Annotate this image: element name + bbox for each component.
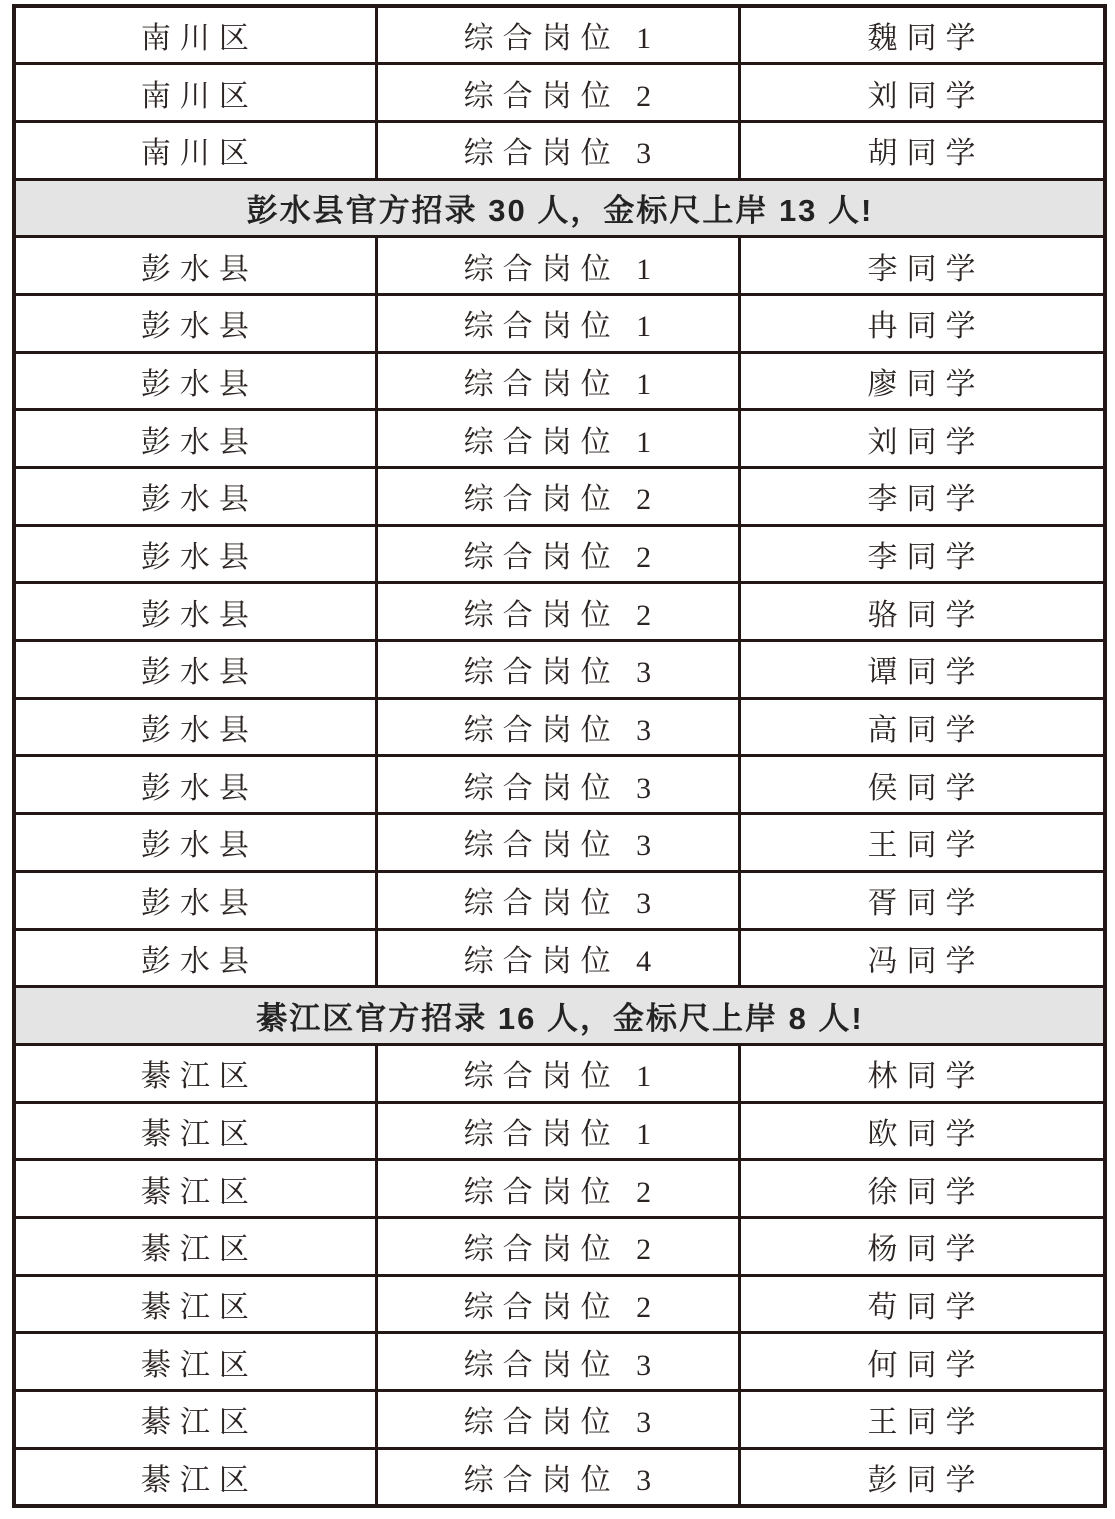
- section-header-row: 彭水县官方招录 30 人，金标尺上岸 13 人!: [14, 179, 1105, 237]
- student-cell: 何同学: [740, 1333, 1106, 1391]
- position-cell: 综合岗位 3: [376, 698, 739, 756]
- table-row: 彭水县 综合岗位 4 冯同学: [14, 929, 1105, 987]
- position-cell: 综合岗位 1: [376, 1102, 739, 1160]
- position-cell: 综合岗位 2: [376, 583, 739, 641]
- position-cell: 综合岗位 1: [376, 294, 739, 352]
- position-cell: 综合岗位 2: [376, 64, 739, 122]
- position-cell: 综合岗位 1: [376, 237, 739, 295]
- table-row: 彭水县 综合岗位 1 刘同学: [14, 410, 1105, 468]
- table-row: 綦江区 综合岗位 1 林同学: [14, 1044, 1105, 1102]
- position-cell: 综合岗位 3: [376, 1391, 739, 1449]
- district-cell: 彭水县: [14, 698, 376, 756]
- district-cell: 綦江区: [14, 1160, 376, 1218]
- student-cell: 骆同学: [740, 583, 1106, 641]
- table-row: 彭水县 综合岗位 2 李同学: [14, 468, 1105, 526]
- district-cell: 綦江区: [14, 1275, 376, 1333]
- district-cell: 綦江区: [14, 1044, 376, 1102]
- results-table-body: 南川区 综合岗位 1 魏同学 南川区 综合岗位 2 刘同学 南川区 综合岗位 3…: [14, 6, 1105, 1506]
- district-cell: 綦江区: [14, 1391, 376, 1449]
- student-cell: 冉同学: [740, 294, 1106, 352]
- student-cell: 王同学: [740, 1391, 1106, 1449]
- position-cell: 综合岗位 2: [376, 1275, 739, 1333]
- position-cell: 综合岗位 1: [376, 6, 739, 64]
- student-cell: 苟同学: [740, 1275, 1106, 1333]
- student-cell: 高同学: [740, 698, 1106, 756]
- table-row: 綦江区 综合岗位 1 欧同学: [14, 1102, 1105, 1160]
- table-row: 南川区 综合岗位 3 胡同学: [14, 121, 1105, 179]
- table-row: 綦江区 综合岗位 3 何同学: [14, 1333, 1105, 1391]
- position-cell: 综合岗位 3: [376, 756, 739, 814]
- district-cell: 南川区: [14, 121, 376, 179]
- district-cell: 綦江区: [14, 1102, 376, 1160]
- table-row: 彭水县 综合岗位 1 廖同学: [14, 352, 1105, 410]
- district-cell: 彭水县: [14, 641, 376, 699]
- student-cell: 魏同学: [740, 6, 1106, 64]
- district-cell: 綦江区: [14, 1333, 376, 1391]
- student-cell: 李同学: [740, 237, 1106, 295]
- student-cell: 胡同学: [740, 121, 1106, 179]
- section-header: 綦江区官方招录 16 人，金标尺上岸 8 人!: [14, 987, 1105, 1045]
- table-row: 綦江区 综合岗位 2 杨同学: [14, 1217, 1105, 1275]
- district-cell: 彭水县: [14, 468, 376, 526]
- section-header-row: 綦江区官方招录 16 人，金标尺上岸 8 人!: [14, 987, 1105, 1045]
- table-row: 彭水县 综合岗位 3 侯同学: [14, 756, 1105, 814]
- position-cell: 综合岗位 2: [376, 1160, 739, 1218]
- district-cell: 彭水县: [14, 294, 376, 352]
- student-cell: 胥同学: [740, 871, 1106, 929]
- section-header: 彭水县官方招录 30 人，金标尺上岸 13 人!: [14, 179, 1105, 237]
- student-cell: 刘同学: [740, 410, 1106, 468]
- student-cell: 王同学: [740, 814, 1106, 872]
- position-cell: 综合岗位 3: [376, 1448, 739, 1506]
- table-row: 南川区 综合岗位 1 魏同学: [14, 6, 1105, 64]
- student-cell: 徐同学: [740, 1160, 1106, 1218]
- district-cell: 彭水县: [14, 929, 376, 987]
- table-row: 彭水县 综合岗位 3 胥同学: [14, 871, 1105, 929]
- student-cell: 杨同学: [740, 1217, 1106, 1275]
- table-row: 彭水县 综合岗位 2 李同学: [14, 525, 1105, 583]
- student-cell: 刘同学: [740, 64, 1106, 122]
- position-cell: 综合岗位 3: [376, 121, 739, 179]
- student-cell: 谭同学: [740, 641, 1106, 699]
- table-row: 彭水县 综合岗位 3 高同学: [14, 698, 1105, 756]
- table-row: 南川区 综合岗位 2 刘同学: [14, 64, 1105, 122]
- district-cell: 彭水县: [14, 525, 376, 583]
- position-cell: 综合岗位 2: [376, 1217, 739, 1275]
- position-cell: 综合岗位 1: [376, 1044, 739, 1102]
- student-cell: 彭同学: [740, 1448, 1106, 1506]
- recruitment-results-table: 南川区 综合岗位 1 魏同学 南川区 综合岗位 2 刘同学 南川区 综合岗位 3…: [12, 4, 1107, 1508]
- district-cell: 彭水县: [14, 237, 376, 295]
- table-row: 綦江区 综合岗位 3 王同学: [14, 1391, 1105, 1449]
- district-cell: 彭水县: [14, 352, 376, 410]
- position-cell: 综合岗位 1: [376, 352, 739, 410]
- student-cell: 冯同学: [740, 929, 1106, 987]
- student-cell: 李同学: [740, 525, 1106, 583]
- table-row: 綦江区 综合岗位 2 苟同学: [14, 1275, 1105, 1333]
- student-cell: 欧同学: [740, 1102, 1106, 1160]
- table-row: 彭水县 综合岗位 3 谭同学: [14, 641, 1105, 699]
- district-cell: 彭水县: [14, 756, 376, 814]
- position-cell: 综合岗位 4: [376, 929, 739, 987]
- position-cell: 综合岗位 3: [376, 814, 739, 872]
- table-row: 彭水县 综合岗位 1 冉同学: [14, 294, 1105, 352]
- student-cell: 林同学: [740, 1044, 1106, 1102]
- position-cell: 综合岗位 3: [376, 1333, 739, 1391]
- position-cell: 综合岗位 1: [376, 410, 739, 468]
- district-cell: 彭水县: [14, 410, 376, 468]
- district-cell: 彭水县: [14, 871, 376, 929]
- table-row: 彭水县 综合岗位 3 王同学: [14, 814, 1105, 872]
- district-cell: 綦江区: [14, 1448, 376, 1506]
- student-cell: 李同学: [740, 468, 1106, 526]
- table-row: 綦江区 综合岗位 3 彭同学: [14, 1448, 1105, 1506]
- position-cell: 综合岗位 3: [376, 871, 739, 929]
- page: 南川区 综合岗位 1 魏同学 南川区 综合岗位 2 刘同学 南川区 综合岗位 3…: [0, 0, 1115, 1519]
- student-cell: 侯同学: [740, 756, 1106, 814]
- district-cell: 南川区: [14, 64, 376, 122]
- position-cell: 综合岗位 3: [376, 641, 739, 699]
- table-row: 彭水县 综合岗位 2 骆同学: [14, 583, 1105, 641]
- table-row: 彭水县 综合岗位 1 李同学: [14, 237, 1105, 295]
- district-cell: 南川区: [14, 6, 376, 64]
- district-cell: 綦江区: [14, 1217, 376, 1275]
- district-cell: 彭水县: [14, 583, 376, 641]
- position-cell: 综合岗位 2: [376, 468, 739, 526]
- position-cell: 综合岗位 2: [376, 525, 739, 583]
- table-row: 綦江区 综合岗位 2 徐同学: [14, 1160, 1105, 1218]
- district-cell: 彭水县: [14, 814, 376, 872]
- student-cell: 廖同学: [740, 352, 1106, 410]
